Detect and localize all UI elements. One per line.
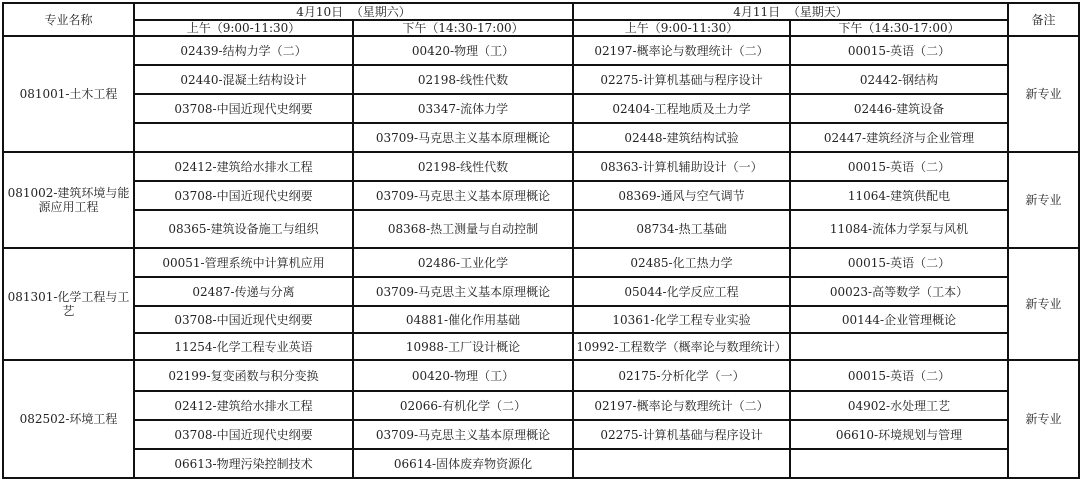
course-cell: 02198-线性代数	[353, 65, 573, 94]
course-cell: 02197-概率论与数理统计（二）	[573, 36, 790, 65]
course-cell: 00015-英语（二）	[790, 36, 1008, 65]
course-cell: 02197-概率论与数理统计（二）	[573, 391, 790, 420]
course-cell: 08368-热工测量与自动控制	[353, 210, 573, 248]
day-1-date: 4月10日	[296, 5, 343, 19]
course-cell: 00420-物理（工）	[353, 36, 573, 65]
course-cell: 02439-结构力学（二）	[134, 36, 353, 65]
header-row-dates: 专业名称 4月10日 （星期六） 4月11日 （星期天） 备注	[3, 3, 1079, 20]
course-cell: 08369-通风与空气调节	[573, 181, 790, 210]
course-cell: 00051-管理系统中计算机应用	[134, 248, 353, 277]
day-2-date: 4月11日	[733, 5, 780, 19]
major-name-cell: 081001-土木工程	[3, 36, 134, 152]
note-cell: 新专业	[1008, 36, 1079, 152]
course-cell: 02404-工程地质及土力学	[573, 94, 790, 123]
table-row: 06613-物理污染控制技术 06614-固体废弃物资源化	[3, 449, 1079, 478]
slot-day2-morning: 上午（9:00-11:30）	[573, 20, 790, 36]
course-cell: 03708-中国近现代史纲要	[134, 94, 353, 123]
course-cell: 03709-马克思主义基本原理概论	[353, 277, 573, 306]
exam-schedule-table: 专业名称 4月10日 （星期六） 4月11日 （星期天） 备注 上午（9:00-…	[2, 2, 1080, 479]
header-major-name: 专业名称	[3, 3, 134, 36]
course-cell: 02066-有机化学（二）	[353, 391, 573, 420]
course-cell: 08734-热工基础	[573, 210, 790, 248]
course-cell: 03708-中国近现代史纲要	[134, 306, 353, 333]
course-cell: 03708-中国近现代史纲要	[134, 181, 353, 210]
major-name-cell: 081301-化学工程与工艺	[3, 248, 134, 360]
header-day-1: 4月10日 （星期六）	[134, 3, 573, 20]
table-row: 03708-中国近现代史纲要 03709-马克思主义基本原理概论 02275-计…	[3, 420, 1079, 449]
course-cell: 10992-工程数学（概率论与数理统计）	[573, 333, 790, 360]
course-cell: 11084-流体力学泵与风机	[790, 210, 1008, 248]
slot-day1-morning: 上午（9:00-11:30）	[134, 20, 353, 36]
course-cell	[790, 449, 1008, 478]
table-row: 03708-中国近现代史纲要 03709-马克思主义基本原理概论 08369-通…	[3, 181, 1079, 210]
course-cell: 10988-工厂设计概论	[353, 333, 573, 360]
major-name-cell: 082502-环境工程	[3, 360, 134, 478]
course-cell: 11254-化学工程专业英语	[134, 333, 353, 360]
course-cell: 02275-计算机基础与程序设计	[573, 420, 790, 449]
course-cell: 06614-固体废弃物资源化	[353, 449, 573, 478]
slot-day1-afternoon: 下午（14:30-17:00）	[353, 20, 573, 36]
course-cell: 02447-建筑经济与企业管理	[790, 123, 1008, 152]
course-cell: 02486-工业化学	[353, 248, 573, 277]
course-cell: 02442-钢结构	[790, 65, 1008, 94]
table-row: 02440-混凝土结构设计 02198-线性代数 02275-计算机基础与程序设…	[3, 65, 1079, 94]
course-cell: 04881-催化作用基础	[353, 306, 573, 333]
course-cell: 02440-混凝土结构设计	[134, 65, 353, 94]
course-cell: 08363-计算机辅助设计（一）	[573, 152, 790, 181]
course-cell	[134, 123, 353, 152]
course-cell: 02175-分析化学（一）	[573, 360, 790, 391]
table-row: 03708-中国近现代史纲要 03347-流体力学 02404-工程地质及土力学…	[3, 94, 1079, 123]
course-cell: 05044-化学反应工程	[573, 277, 790, 306]
table-row: 081301-化学工程与工艺 00051-管理系统中计算机应用 02486-工业…	[3, 248, 1079, 277]
course-cell: 06610-环境规划与管理	[790, 420, 1008, 449]
major-name-cell: 081002-建筑环境与能源应用工程	[3, 152, 134, 248]
course-cell: 02412-建筑给水排水工程	[134, 391, 353, 420]
course-cell: 03709-马克思主义基本原理概论	[353, 181, 573, 210]
course-cell: 02446-建筑设备	[790, 94, 1008, 123]
course-cell	[573, 449, 790, 478]
course-cell: 02412-建筑给水排水工程	[134, 152, 353, 181]
header-notes: 备注	[1008, 3, 1079, 36]
course-cell: 00144-企业管理概论	[790, 306, 1008, 333]
table-row: 02412-建筑给水排水工程 02066-有机化学（二） 02197-概率论与数…	[3, 391, 1079, 420]
course-cell: 00420-物理（工）	[353, 360, 573, 391]
course-cell: 03709-马克思主义基本原理概论	[353, 123, 573, 152]
note-cell: 新专业	[1008, 248, 1079, 360]
course-cell: 08365-建筑设备施工与组织	[134, 210, 353, 248]
slot-day2-afternoon: 下午（14:30-17:00）	[790, 20, 1008, 36]
table-row: 082502-环境工程 02199-复变函数与积分变换 00420-物理（工） …	[3, 360, 1079, 391]
course-cell: 00015-英语（二）	[790, 360, 1008, 391]
course-cell: 06613-物理污染控制技术	[134, 449, 353, 478]
course-cell: 04902-水处理工艺	[790, 391, 1008, 420]
course-cell: 02448-建筑结构试验	[573, 123, 790, 152]
course-cell: 02198-线性代数	[353, 152, 573, 181]
table-row: 11254-化学工程专业英语 10988-工厂设计概论 10992-工程数学（概…	[3, 333, 1079, 360]
note-cell: 新专业	[1008, 152, 1079, 248]
course-cell: 03708-中国近现代史纲要	[134, 420, 353, 449]
course-cell: 00015-英语（二）	[790, 248, 1008, 277]
course-cell	[790, 333, 1008, 360]
course-cell: 03709-马克思主义基本原理概论	[353, 420, 573, 449]
day-1-weekday: （星期六）	[351, 5, 411, 19]
course-cell: 02487-传递与分离	[134, 277, 353, 306]
day-2-weekday: （星期天）	[788, 5, 848, 19]
course-cell: 11064-建筑供配电	[790, 181, 1008, 210]
course-cell: 00015-英语（二）	[790, 152, 1008, 181]
course-cell: 02485-化工热力学	[573, 248, 790, 277]
table-row: 08365-建筑设备施工与组织 08368-热工测量与自动控制 08734-热工…	[3, 210, 1079, 248]
course-cell: 10361-化学工程专业实验	[573, 306, 790, 333]
course-cell: 00023-高等数学（工本）	[790, 277, 1008, 306]
course-cell: 03347-流体力学	[353, 94, 573, 123]
table-row: 03709-马克思主义基本原理概论 02448-建筑结构试验 02447-建筑经…	[3, 123, 1079, 152]
table-row: 081002-建筑环境与能源应用工程 02412-建筑给水排水工程 02198-…	[3, 152, 1079, 181]
course-cell: 02275-计算机基础与程序设计	[573, 65, 790, 94]
note-cell: 新专业	[1008, 360, 1079, 478]
course-cell: 02199-复变函数与积分变换	[134, 360, 353, 391]
table-row: 02487-传递与分离 03709-马克思主义基本原理概论 05044-化学反应…	[3, 277, 1079, 306]
table-row: 081001-土木工程 02439-结构力学（二） 00420-物理（工） 02…	[3, 36, 1079, 65]
table-row: 03708-中国近现代史纲要 04881-催化作用基础 10361-化学工程专业…	[3, 306, 1079, 333]
header-day-2: 4月11日 （星期天）	[573, 3, 1008, 20]
header-row-slots: 上午（9:00-11:30） 下午（14:30-17:00） 上午（9:00-1…	[3, 20, 1079, 36]
